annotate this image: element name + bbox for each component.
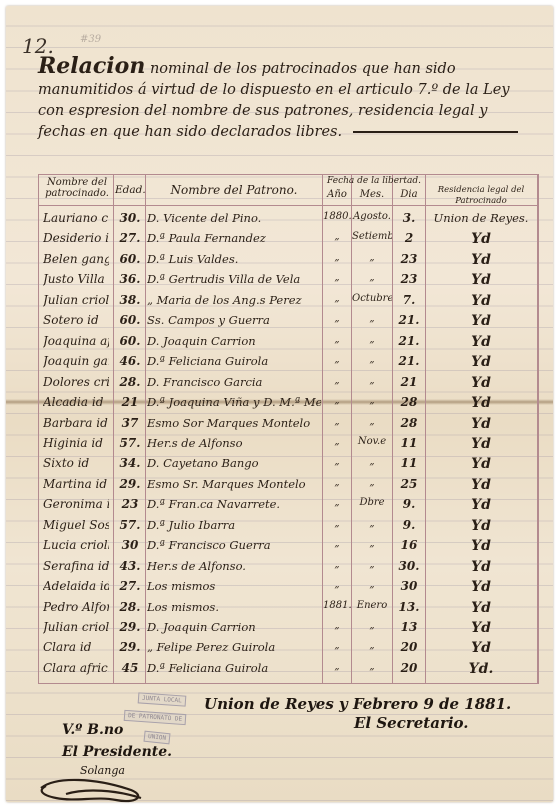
liberty-month: „ [352,252,392,263]
liberty-day: 20 [394,661,424,675]
liberty-year: „ [323,661,351,672]
liberty-year: „ [323,416,351,427]
table-row: Clara afric.ª45D.ª Feliciana Guirola„„20… [39,657,537,681]
liberty-month: „ [352,661,392,672]
patron-name: Her.s de Alfonso [147,436,321,450]
patron-name: „ Maria de los Ang.s Perez [147,293,321,307]
age: 34. [117,456,143,470]
legal-residence: Yd [427,231,535,247]
header-date-group: Fecha de la libertad. [323,176,425,187]
patrocinado-name: Higinia id [43,436,109,450]
patron-name: D. Joaquin Carrion [147,334,321,348]
liberty-day: 28 [394,395,424,409]
liberty-day: 11 [394,436,424,450]
patron-name: D.ª Fran.ca Navarrete. [147,497,321,511]
legal-residence: Yd [427,579,535,595]
patrocinado-name: Justo Villa [43,272,109,286]
pencil-annotation: #39 [80,34,101,45]
age: 29. [117,640,143,654]
patron-name: Her.s de Alfonso. [147,559,321,573]
liberty-year: 1881. [323,600,351,611]
liberty-day: 11 [394,456,424,470]
legal-residence: Union de Reyes. [427,211,535,225]
patrocinado-name: Serafina id [43,559,109,573]
patron-name: Esmo Sr. Marques Montelo [147,477,321,491]
legal-residence: Yd [427,559,535,575]
legal-residence: Yd [427,313,535,329]
patron-name: D. Francisco Garcia [147,375,321,389]
age: 21 [117,395,143,409]
patrocinado-name: Sixto id [43,456,109,470]
patrocinado-name: Julian criollo [43,293,109,307]
age: 57. [117,436,143,450]
liberty-day: 9. [394,497,424,511]
patrocinado-name: Adelaida id [43,579,109,593]
header-residence: Residencia legal del Patrocinado [427,185,535,207]
age: 23 [117,497,143,511]
liberty-month: „ [352,395,392,406]
patron-name: D. Vicente del Pino. [147,211,321,225]
liberty-year: „ [323,231,351,242]
age: 28. [117,375,143,389]
patron-name: D.ª Joaquina Viña y D. M.ª Merlan [147,395,321,409]
liberty-year: „ [323,640,351,651]
liberty-year: „ [323,620,351,631]
patrocinado-name: Dolores criolla [43,375,109,389]
liberty-day: 21 [394,375,424,389]
liberty-month: Dbre [352,497,392,508]
patrocinado-name: Joaquina afr.ª [43,334,109,348]
legal-residence: Yd [427,640,535,656]
liberty-month: „ [352,456,392,467]
liberty-month: „ [352,354,392,365]
liberty-year: „ [323,395,351,406]
liberty-year: „ [323,375,351,386]
stamp-line-1: JUNTA LOCAL [138,692,186,706]
president-title: El Presidente. [62,744,172,760]
header-day: Dia [393,189,425,200]
patrocinado-name: Belen gangá [43,252,109,266]
age: 38. [117,293,143,307]
liberty-day: 13. [394,600,424,614]
age: 57. [117,518,143,532]
legal-residence: Yd [427,518,535,534]
age: 29. [117,477,143,491]
liberty-month: „ [352,579,392,590]
patron-name: D.ª Paula Fernandez [147,231,321,245]
liberty-month: „ [352,620,392,631]
header-month: Mes. [352,189,392,200]
title-underline [353,131,518,133]
legal-residence: Yd [427,272,535,288]
liberty-year: „ [323,579,351,590]
patrocinado-name: Sotero id [43,313,109,327]
legal-residence: Yd [427,497,535,513]
liberty-month: Agosto. [352,211,392,222]
stamp-line-2: DE PATRONATO DE [124,710,187,725]
header-name: Nombre del patrocinado. [41,177,113,199]
liberty-year: „ [323,293,351,304]
patrocinado-name: Miguel Sosa [43,518,109,532]
legal-residence: Yd [427,293,535,309]
liberty-day: 3. [394,211,424,225]
patron-name: D.ª Feliciana Guirola [147,661,321,675]
age: 60. [117,313,143,327]
liberty-month: Octubre [352,293,392,304]
liberty-month: Setiembre [352,231,392,242]
place-date: Union de Reyes y Febrero 9 de 1881. [204,695,511,713]
header-patron: Nombre del Patrono. [147,185,321,196]
liberty-month: „ [352,272,392,283]
patrocinado-name: Clara afric.ª [43,661,109,675]
document-title: Relacion nominal de los patrocinados que… [38,56,528,143]
legal-residence: Yd [427,436,535,452]
age: 27. [117,231,143,245]
liberty-month: „ [352,416,392,427]
patrocinado-name: Geronima id [43,497,109,511]
liberty-year: „ [323,436,351,447]
patron-name: D.ª Francisco Guerra [147,538,321,552]
age: 60. [117,252,143,266]
legal-residence: Yd [427,252,535,268]
header-age: Edad. [115,185,145,196]
age: 45 [117,661,143,675]
liberty-day: 25 [394,477,424,491]
patron-name: D. Joaquin Carrion [147,620,321,634]
legal-residence: Yd [427,600,535,616]
liberty-day: 21. [394,354,424,368]
age: 30. [117,211,143,225]
patron-name: Esmo Sor Marques Montelo [147,416,321,430]
liberty-day: 21. [394,334,424,348]
approval-mark: V.º B.no [62,722,123,738]
liberty-month: Nov.e [352,436,392,447]
patron-name: D.ª Luis Valdes. [147,252,321,266]
liberty-day: 16 [394,538,424,552]
liberty-month: „ [352,559,392,570]
patron-name: D.ª Julio Ibarra [147,518,321,532]
legal-residence: Yd [427,334,535,350]
liberty-year: „ [323,354,351,365]
patron-name: Ss. Campos y Guerra [147,313,321,327]
age: 28. [117,600,143,614]
liberty-day: 7. [394,293,424,307]
liberty-day: 13 [394,620,424,634]
header-year: Año [323,189,351,200]
liberty-day: 9. [394,518,424,532]
liberty-month: „ [352,477,392,488]
liberty-day: 2 [394,231,424,245]
liberty-month: „ [352,334,392,345]
patron-name: „ Felipe Perez Guirola [147,640,321,654]
liberty-year: 1880. [323,211,351,222]
age: 36. [117,272,143,286]
liberty-year: „ [323,518,351,529]
patrocinado-name: Clara id [43,640,109,654]
legal-residence: Yd [427,354,535,370]
liberty-day: 23 [394,252,424,266]
liberty-year: „ [323,456,351,467]
patrocinado-name: Barbara id [43,416,109,430]
liberty-year: „ [323,272,351,283]
liberty-day: 20 [394,640,424,654]
patron-name: D. Cayetano Bango [147,456,321,470]
age: 46. [117,354,143,368]
liberty-day: 23 [394,272,424,286]
liberty-year: „ [323,477,351,488]
age: 30 [117,538,143,552]
liberty-year: „ [323,334,351,345]
liberty-day: 21. [394,313,424,327]
age: 60. [117,334,143,348]
stamp-line-3: UNION [143,731,170,745]
liberty-month: „ [352,313,392,324]
liberty-day: 28 [394,416,424,430]
liberty-year: „ [323,538,351,549]
patrocinado-name: Alcadia id [43,395,109,409]
signature-flourish-icon [36,776,156,806]
age: 43. [117,559,143,573]
legal-residence: Yd [427,456,535,472]
liberty-month: „ [352,640,392,651]
liberty-year: „ [323,497,351,508]
patrocinado-name: Martina id [43,477,109,491]
liberty-month: Enero [352,600,392,611]
patron-name: Los mismos [147,579,321,593]
legal-residence: Yd [427,375,535,391]
liberty-year: „ [323,313,351,324]
legal-residence: Yd [427,538,535,554]
legal-residence: Yd [427,395,535,411]
liberty-year: „ [323,252,351,263]
patrocinado-name: Joaquin gangá [43,354,109,368]
document-page: 12. #39 Relacion nominal de los patrocin… [6,6,553,802]
age: 27. [117,579,143,593]
age: 37 [117,416,143,430]
age: 29. [117,620,143,634]
liberty-month: „ [352,518,392,529]
legal-residence: Yd [427,620,535,636]
patron-name: D.ª Gertrudis Villa de Vela [147,272,321,286]
patron-name: D.ª Feliciana Guirola [147,354,321,368]
patron-name: Los mismos. [147,600,321,614]
liberty-day: 30 [394,579,424,593]
liberty-month: „ [352,538,392,549]
patrocinado-name: Lucia criolla [43,538,109,552]
patrocinado-name: Pedro Alfonso [43,600,109,614]
title-first-word: Relacion [38,53,145,79]
legal-residence: Yd [427,416,535,432]
secretary-title: El Secretario. [354,714,469,732]
patrocinado-name: Desiderio id [43,231,109,245]
manumission-table: Nombre del patrocinado. Edad. Nombre del… [38,174,539,684]
legal-residence: Yd [427,477,535,493]
liberty-day: 30. [394,559,424,573]
liberty-month: „ [352,375,392,386]
liberty-year: „ [323,559,351,570]
patrocinado-name: Julian criollo [43,620,109,634]
legal-residence: Yd. [427,661,535,677]
patrocinado-name: Lauriano criollo [43,211,109,225]
